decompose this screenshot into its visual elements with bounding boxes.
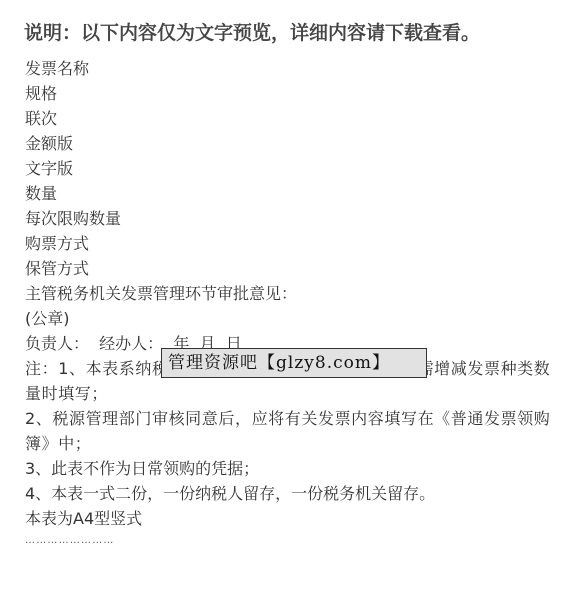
field-custody-method: 保管方式 [25,256,555,281]
field-amount-version: 金额版 [25,131,555,156]
field-text-version: 文字版 [25,156,555,181]
ellipsis-dots: …………………… [25,533,555,549]
field-purchase-method: 购票方式 [25,231,555,256]
field-invoice-name: 发票名称 [25,56,555,81]
approval-opinion-label: 主管税务机关发票管理环节审批意见： [25,281,555,306]
note-3: 3、此表不作为日常领购的凭据； [25,456,555,481]
field-purchase-limit: 每次限购数量 [25,206,555,231]
watermark-banner: 管理资源吧【glzy8.com】 [161,348,427,378]
official-seal-label: (公章) [25,306,555,331]
field-copies: 联次 [25,106,555,131]
note-2: 2、税源管理部门审核同意后，应将有关发票内容填写在《普通发票领购簿》中； [25,406,555,456]
field-specification: 规格 [25,81,555,106]
field-quantity: 数量 [25,181,555,206]
note-4: 4、本表一式二份，一份纳税人留存，一份税务机关留存。 [25,481,555,506]
document-body: 发票名称 规格 联次 金额版 文字版 数量 每次限购数量 购票方式 保管方式 主… [25,56,555,549]
paper-format-note: 本表为A4型竖式 [25,506,555,531]
preview-notice: 说明：以下内容仅为文字预览，详细内容请下载查看。 [24,18,480,45]
